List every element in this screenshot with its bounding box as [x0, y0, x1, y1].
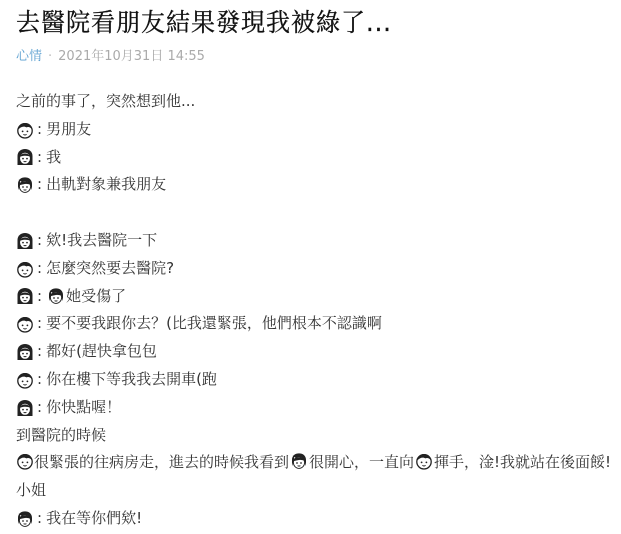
article-body: 之前的事了，突然想到他... :男朋友 :我 :出軌對象兼我朋友 :欸!我去醫院… [16, 88, 621, 533]
boy-face-icon [16, 315, 34, 333]
dialogue-line: :欸!我去醫院一下 [16, 227, 621, 255]
girl-bow-face-icon [47, 287, 65, 305]
dialogue-line: :都好(趕快拿包包 [16, 338, 621, 366]
boy-face-icon [16, 371, 34, 389]
intro-text: 之前的事了，突然想到他... [16, 88, 195, 116]
dialogue-line: :她受傷了 [16, 283, 621, 311]
dialogue-line: :你在樓下等我我去開車(跑 [16, 366, 621, 394]
article-title: 去醫院看朋友結果發現我被綠了... [16, 6, 392, 40]
blank-line [16, 199, 621, 227]
dialogue-line: :你快點喔！ [16, 394, 621, 422]
dialogue-line: :我在等你們欸! [16, 505, 621, 533]
legend-me: :我 [16, 144, 621, 172]
meta-separator: · [48, 49, 52, 64]
girl-bow-face-icon [16, 176, 34, 194]
dialogue-line: :要不要我跟你去？(比我還緊張，他們根本不認識啊 [16, 310, 621, 338]
girl-bow-face-icon [290, 452, 308, 470]
girl-long-hair-face-icon [16, 287, 34, 305]
narration-line: 到醫院的時候 [16, 422, 621, 450]
boy-face-icon [415, 452, 433, 470]
publish-date: 2021年10月31日 14:55 [58, 49, 205, 64]
dialogue-line: :怎麼突然要去醫院? [16, 255, 621, 283]
legend-boyfriend: :男朋友 [16, 116, 621, 144]
girl-long-hair-face-icon [16, 399, 34, 417]
girl-long-hair-face-icon [16, 148, 34, 166]
girl-long-hair-face-icon [16, 343, 34, 361]
legend-friend: :出軌對象兼我朋友 [16, 171, 621, 199]
girl-bow-face-icon [16, 510, 34, 528]
boy-face-icon [16, 260, 34, 278]
article-meta: 心情·2021年10月31日 14:55 [16, 48, 205, 66]
narration-paragraph: 很緊張的往病房走，進去的時候我看到很開心，一直向揮手，淦!我就站在後面餒!小姐 [16, 449, 621, 505]
boy-face-icon [16, 121, 34, 139]
category-link[interactable]: 心情 [16, 49, 42, 64]
boy-face-icon [16, 452, 34, 470]
girl-long-hair-face-icon [16, 232, 34, 250]
paragraph-intro: 之前的事了，突然想到他... [16, 88, 621, 116]
